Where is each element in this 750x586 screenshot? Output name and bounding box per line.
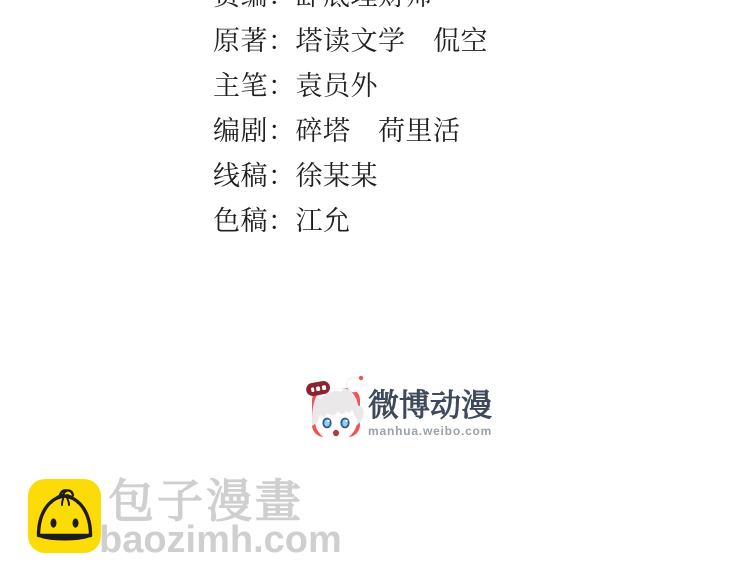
credit-row-original-work: 原著：塔读文学 侃空: [213, 19, 488, 64]
credit-label: 线稿: [213, 161, 268, 191]
baozi-bun-icon: [28, 479, 101, 558]
credit-label: 色稿: [213, 206, 268, 236]
credit-row-coloring: 色稿：江允: [213, 199, 488, 244]
weibo-logo-title: 微博动漫: [368, 390, 492, 423]
credit-row-lead-artist: 主笔：袁员外: [213, 64, 488, 109]
credit-label: 主笔: [213, 71, 268, 101]
baozi-logo-url: baozimh.com: [99, 521, 342, 559]
credit-value: 江允: [296, 206, 351, 236]
credit-value: 碎塔 荷里活: [296, 116, 461, 146]
credit-separator: ：: [268, 116, 296, 146]
weibo-logo-text: 微博动漫 manhua.weibo.com: [368, 374, 492, 438]
credit-label: 责编: [213, 0, 268, 11]
credit-separator: ：: [268, 71, 296, 101]
weibo-logo-url: manhua.weibo.com: [368, 424, 492, 438]
credit-separator: ：: [268, 206, 296, 236]
credits-block: 责编：卧底理财师 原著：塔读文学 侃空 主笔：袁员外 编剧：碎塔 荷里活 线稿：…: [213, 0, 488, 244]
credit-separator: ：: [268, 0, 296, 11]
credit-row-screenwriter: 编剧：碎塔 荷里活: [213, 109, 488, 154]
weibo-manga-logo: 微博动漫 manhua.weibo.com: [305, 374, 492, 444]
credit-separator: ：: [268, 161, 296, 191]
credit-value: 塔读文学 侃空: [296, 26, 489, 56]
credit-label: 原著: [213, 26, 268, 56]
credit-label: 编剧: [213, 116, 268, 146]
credit-value: 徐某某: [296, 161, 379, 191]
credit-row-line-art: 线稿：徐某某: [213, 154, 488, 199]
weibo-manga-girl-icon: [305, 374, 365, 444]
credit-value: 袁员外: [296, 71, 379, 101]
credit-separator: ：: [268, 26, 296, 56]
credit-value: 卧底理财师: [296, 0, 434, 11]
baozimh-watermark-logo: 包子漫畫 baozimh.com: [28, 477, 368, 572]
credit-row-editor: 责编：卧底理财师: [213, 0, 488, 19]
